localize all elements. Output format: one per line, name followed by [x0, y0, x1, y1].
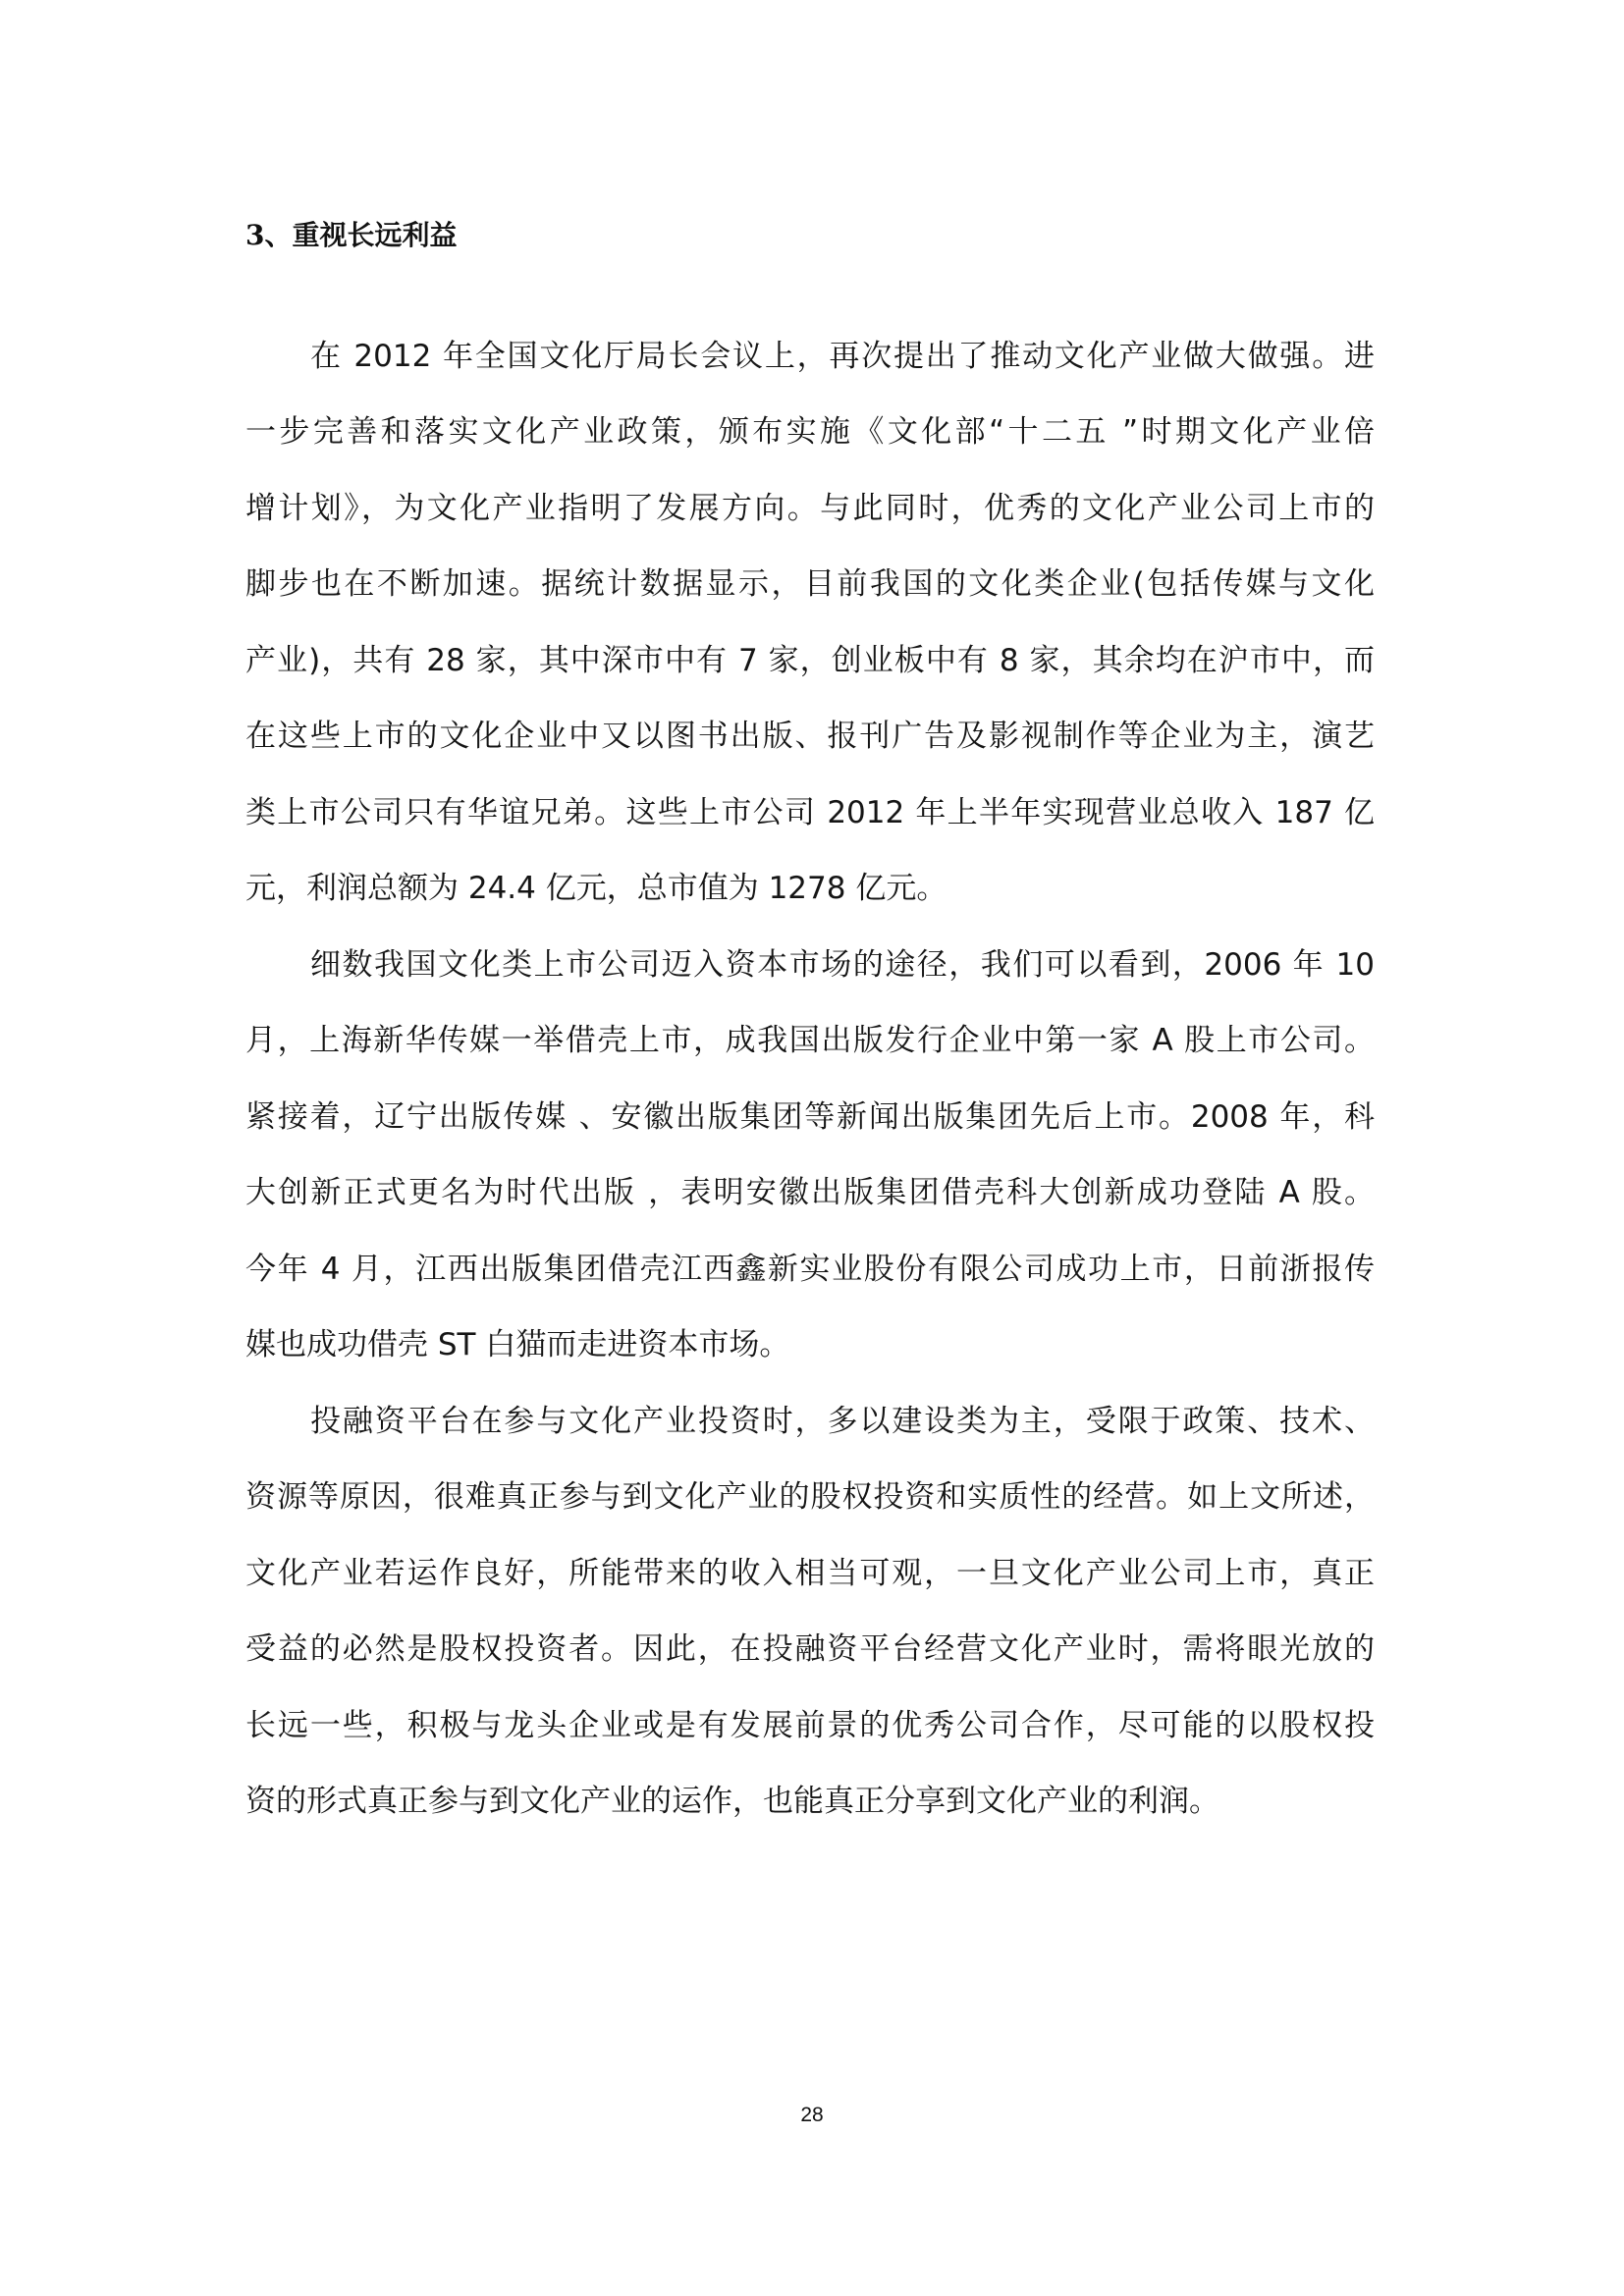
paragraph-1-line-2: 一步完善和落实文化产业政策，颁布实施《文化部“十二五 ”时期文化产业倍	[245, 412, 1375, 452]
paragraph-2-line-6: 媒也成功借壳 ST 白猫而走进资本市场。	[245, 1325, 1375, 1364]
paragraph-3-line-1: 投融资平台在参与文化产业投资时，多以建设类为主，受限于政策、技术、	[310, 1402, 1375, 1441]
paragraph-1-line-6: 在这些上市的文化企业中又以图书出版、报刊广告及影视制作等企业为主，演艺	[245, 717, 1375, 756]
paragraph-1-line-8: 元，利润总额为 24.4 亿元，总市值为 1278 亿元。	[245, 869, 1375, 908]
paragraph-3-line-2: 资源等原因，很难真正参与到文化产业的股权投资和实质性的经营。如上文所述，	[245, 1477, 1375, 1517]
paragraph-3-line-6: 资的形式真正参与到文化产业的运作，也能真正分享到文化产业的利润。	[245, 1782, 1375, 1821]
paragraph-3-line-5: 长远一些，积极与龙头企业或是有发展前景的优秀公司合作，尽可能的以股权投	[245, 1706, 1375, 1745]
paragraph-3-line-4: 受益的必然是股权投资者。因此，在投融资平台经营文化产业时，需将眼光放的	[245, 1629, 1375, 1669]
section-heading: 3、重视长远利益	[245, 216, 457, 255]
paragraph-2-line-4: 大创新正式更名为时代出版 ，表明安徽出版集团借壳科大创新成功登陆 A 股。	[245, 1173, 1375, 1212]
paragraph-1-line-1: 在 2012 年全国文化厅局长会议上，再次提出了推动文化产业做大做强。进	[310, 337, 1375, 376]
paragraph-1-line-3: 增计划》，为文化产业指明了发展方向。与此同时，优秀的文化产业公司上市的	[245, 489, 1375, 528]
paragraph-2-line-1: 细数我国文化类上市公司迈入资本市场的途径，我们可以看到，2006 年 10	[310, 945, 1375, 985]
document-page: 3、重视长远利益 在 2012 年全国文化厅局长会议上，再次提出了推动文化产业做…	[0, 0, 1624, 2296]
paragraph-3-line-3: 文化产业若运作良好，所能带来的收入相当可观，一旦文化产业公司上市，真正	[245, 1554, 1375, 1593]
paragraph-2-line-3: 紧接着，辽宁出版传媒 、安徽出版集团等新闻出版集团先后上市。2008 年，科	[245, 1097, 1375, 1137]
paragraph-1-line-4: 脚步也在不断加速。据统计数据显示，目前我国的文化类企业(包括传媒与文化	[245, 564, 1375, 604]
page-number: 28	[0, 2104, 1624, 2127]
paragraph-2-line-5: 今年 4 月，江西出版集团借壳江西鑫新实业股份有限公司成功上市，日前浙报传	[245, 1250, 1375, 1289]
paragraph-1-line-7: 类上市公司只有华谊兄弟。这些上市公司 2012 年上半年实现营业总收入 187 …	[245, 793, 1375, 832]
paragraph-2-line-2: 月，上海新华传媒一举借壳上市，成我国出版发行企业中第一家 A 股上市公司。	[245, 1021, 1375, 1060]
paragraph-1-line-5: 产业)，共有 28 家，其中深市中有 7 家，创业板中有 8 家，其余均在沪市中…	[245, 641, 1375, 680]
